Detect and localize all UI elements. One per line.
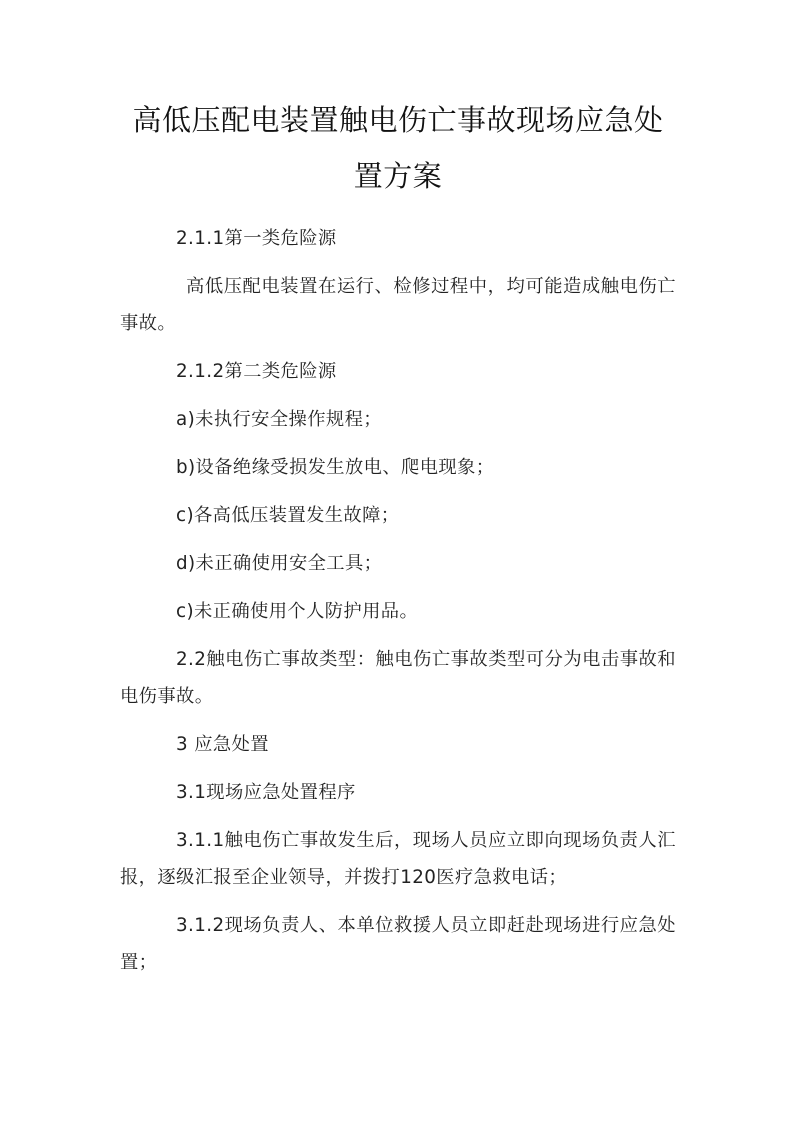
heading-2-1-2: 2.1.2第二类危险源 (120, 353, 676, 390)
paragraph-3-1-1: 3.1.1触电伤亡事故发生后，现场人员应立即向现场负责人汇报，逐级汇报至企业领导… (120, 822, 676, 896)
heading-2-1-1: 2.1.1第一类危险源 (120, 220, 676, 257)
list-item-e: c)未正确使用个人防护用品。 (120, 593, 676, 630)
document-page: 高低压配电装置触电伤亡事故现场应急处置方案 2.1.1第一类危险源 高低压配电装… (0, 0, 793, 1122)
list-item-b: b)设备绝缘受损发生放电、爬电现象； (120, 449, 676, 486)
document-title: 高低压配电装置触电伤亡事故现场应急处置方案 (120, 92, 676, 204)
paragraph-2-2-accident-types: 2.2触电伤亡事故类型：触电伤亡事故类型可分为电击事故和电伤事故。 (120, 641, 676, 715)
list-item-c: c)各高低压装置发生故障； (120, 497, 676, 534)
document-body: 2.1.1第一类危险源 高低压配电装置在运行、检修过程中，均可能造成触电伤亡事故… (120, 220, 676, 992)
paragraph-first-class-hazard: 高低压配电装置在运行、检修过程中，均可能造成触电伤亡事故。 (120, 268, 676, 342)
heading-3-1-procedure: 3.1现场应急处置程序 (120, 774, 676, 811)
list-item-d: d)未正确使用安全工具； (120, 545, 676, 582)
list-item-a: a)未执行安全操作规程； (120, 401, 676, 438)
paragraph-3-1-2: 3.1.2现场负责人、本单位救援人员立即赶赴现场进行应急处置； (120, 907, 676, 981)
heading-3-emergency-response: 3 应急处置 (120, 726, 676, 763)
